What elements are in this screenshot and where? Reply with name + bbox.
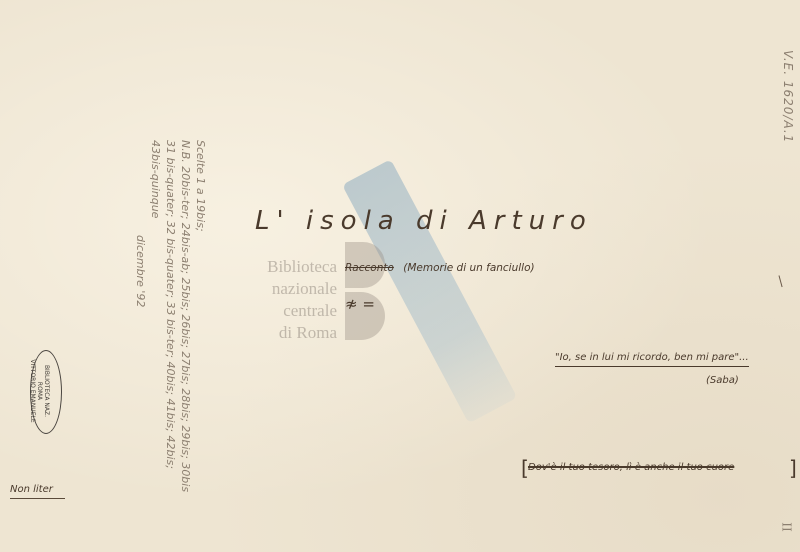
stamp-line: BIBLIOTECA NAZ. [43, 356, 50, 426]
struck-epigraph: Dov'è il tuo tesoro, lì è anche il tuo c… [528, 462, 734, 473]
epigraph-quote: "Io, se in lui mi ricordo, ben mi pare".… [555, 352, 749, 363]
margin-note-line: Scelte 1 a 19bis; [193, 140, 208, 492]
page-number: II [780, 522, 794, 531]
shelfmark: V.E. 1620/A.1 [781, 50, 795, 143]
stamp-line: VITTORIO EMANUELE [29, 356, 36, 426]
pen-tick-mark [778, 275, 784, 287]
watermark-library-name: Biblioteca nazionale centrale di Roma [267, 256, 337, 344]
watermark-b-logo-icon [345, 242, 387, 340]
bracket-right: ] [789, 456, 797, 480]
stamp-line: ROMA [36, 356, 43, 426]
margin-note-line: 43bis-quinque [148, 140, 163, 492]
margin-note-date: dicembre '92 [133, 140, 148, 492]
subtitle-text: (Memorie di un fanciullo) [403, 262, 534, 274]
manuscript-title: L' isola di Arturo [255, 206, 593, 236]
manuscript-subtitle: Racconto (Memorie di un fanciullo) [345, 262, 535, 274]
watermark-line: nazionale [267, 278, 337, 300]
manuscript-page: Biblioteca nazionale centrale di Roma L'… [0, 0, 800, 552]
library-stamp-text: BIBLIOTECA NAZ. ROMA VITTORIO EMANUELE [29, 356, 50, 426]
struck-word: Racconto [345, 262, 394, 274]
margin-note-line: N.B. 20bis-ter; 24bis-ab; 25bis; 26bis; … [178, 140, 193, 492]
margin-note-vertical: Scelte 1 a 19bis; N.B. 20bis-ter; 24bis-… [133, 140, 208, 492]
non-liter-note: Non liter [10, 484, 65, 499]
watermark-line: di Roma [267, 322, 337, 344]
epigraph-text: "Io, se in lui mi ricordo, ben mi pare".… [555, 352, 749, 367]
editorial-mark: ≉ = [345, 295, 375, 313]
watermark-line: centrale [267, 300, 337, 322]
margin-note-line: 31 bis-quater; 32 bis-quater; 33 bis-ter… [163, 140, 178, 492]
epigraph-attribution: (Saba) [706, 375, 739, 386]
watermark-line: Biblioteca [267, 256, 337, 278]
